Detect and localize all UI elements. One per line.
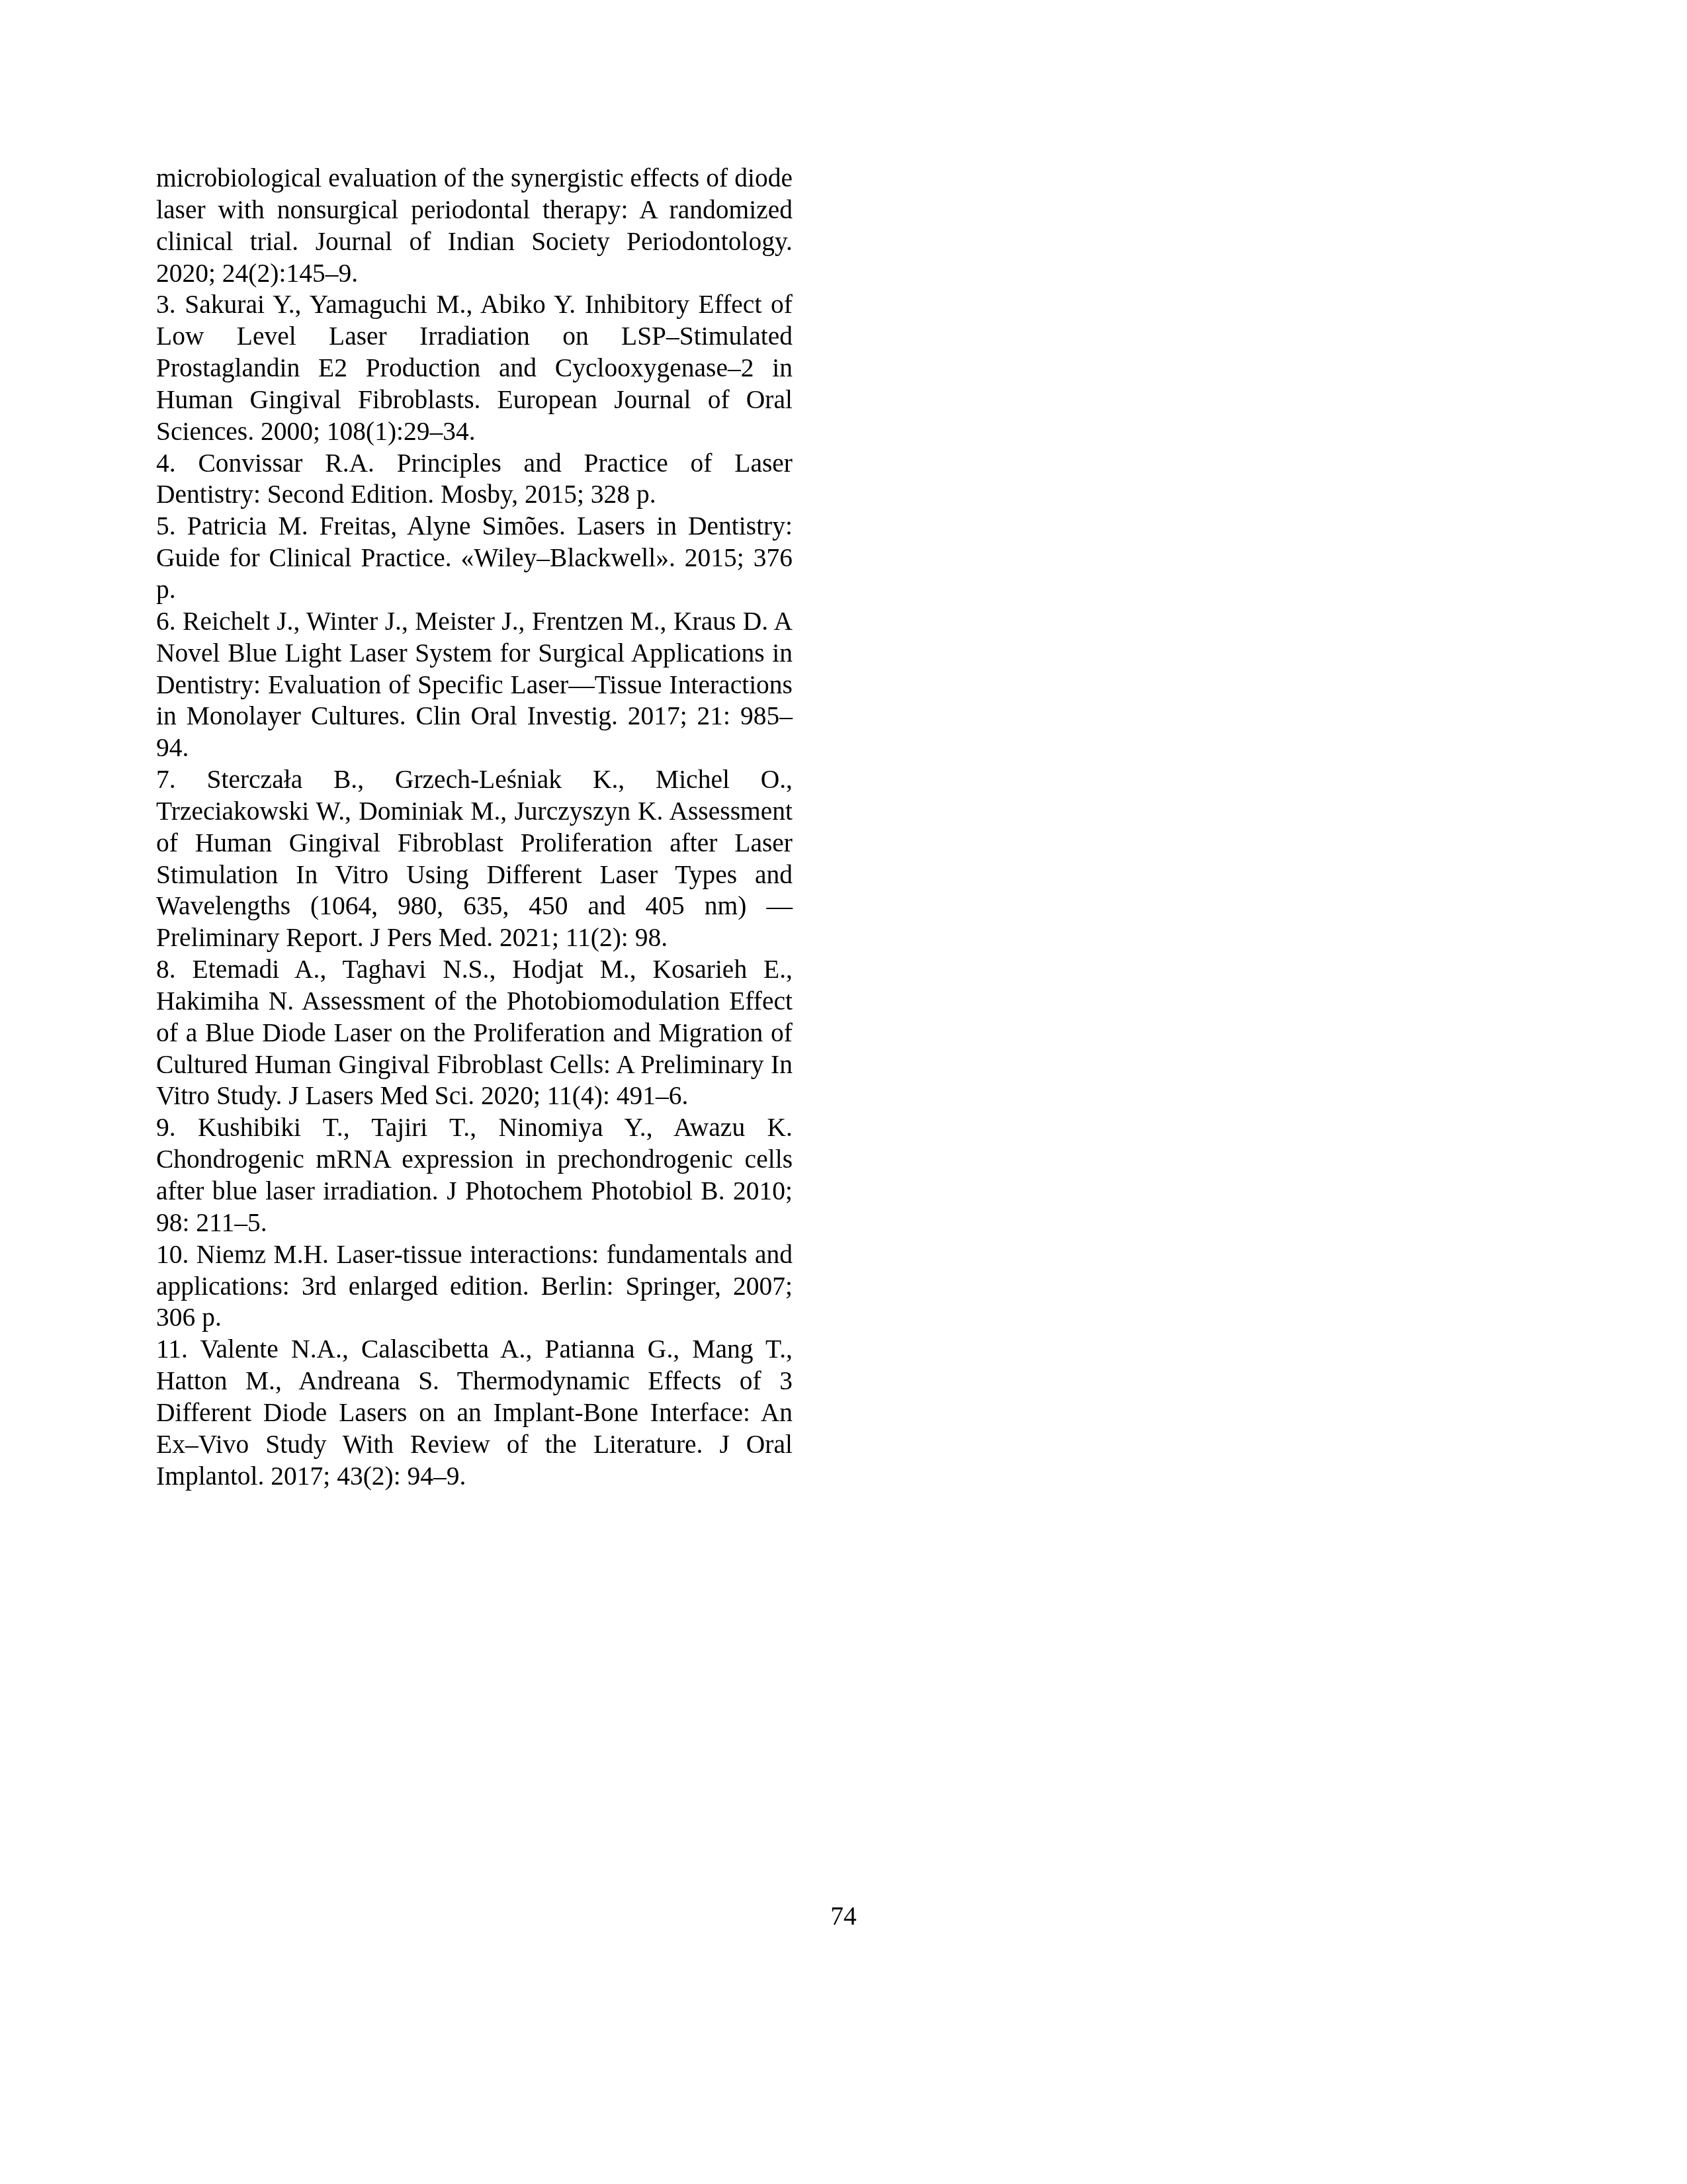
reference-5: 5. Patricia M. Freitas, Alyne Simões. La… <box>156 511 793 606</box>
reference-2-continued: microbiological evaluation of the synerg… <box>156 163 793 289</box>
reference-11: 11. Valente N.A., Calascibetta A., Patia… <box>156 1334 793 1492</box>
reference-8: 8. Etemadi A., Taghavi N.S., Hodjat M., … <box>156 954 793 1112</box>
reference-6: 6. Reichelt J., Winter J., Meister J., F… <box>156 606 793 764</box>
reference-3: 3. Sakurai Y., Yamaguchi M., Abiko Y. In… <box>156 289 793 447</box>
page-number: 74 <box>761 1900 926 1932</box>
reference-10: 10. Niemz M.H. Laser-tissue interactions… <box>156 1239 793 1334</box>
references-column: microbiological evaluation of the synerg… <box>156 163 793 1492</box>
reference-4: 4. Convissar R.A. Principles and Practic… <box>156 448 793 511</box>
reference-7: 7. Sterczała B., Grzech-Leśniak K., Mich… <box>156 764 793 954</box>
reference-9: 9. Kushibiki T., Tajiri T., Ninomiya Y.,… <box>156 1112 793 1239</box>
